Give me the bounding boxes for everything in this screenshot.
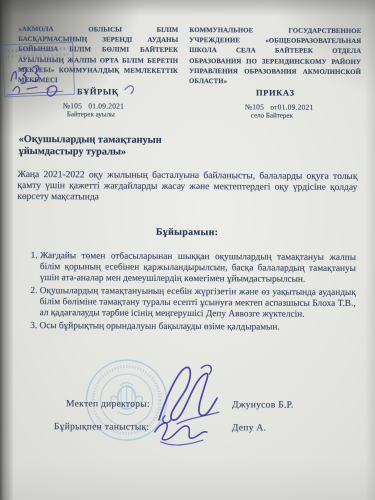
stamp-printed-line <box>7 47 68 52</box>
director-signature-label: Мектеп директоры: <box>66 399 150 410</box>
resolution-item-3: Осы бұйрықтың орындалуын бақылауды өзіме… <box>39 321 355 334</box>
order-date-kk: 01.09.2021 <box>88 101 124 110</box>
order-place-kk: Байтерек ауылы <box>67 110 115 118</box>
resolution-item-2: Оқушылардың тамақтануының есебін жүргізе… <box>40 286 356 321</box>
resolve-heading: Бұйырамын: <box>17 226 357 239</box>
order-title: «Оқушылардың тамақтануын ұйымдастыру тур… <box>19 134 214 158</box>
order-number-date-ru: №105 от01.09.2021 <box>245 102 314 111</box>
handwritten-signatures-icon <box>147 362 238 448</box>
acknowledged-name: Депу А. <box>232 423 266 433</box>
order-date-ru: от01.09.2021 <box>270 103 313 112</box>
resolution-item-1: Жағдайы төмен отбасыларынан шыққан оқушы… <box>40 251 356 286</box>
director-name: Джунусов Б.Р. <box>232 400 294 410</box>
resolution-list: Жағдайы төмен отбасыларынан шыққан оқушы… <box>21 251 356 336</box>
order-heading-ru: ПРИКАЗ <box>256 87 295 97</box>
org-name-russian: КОММУНАЛЬНОЕ ГОСУДАРСТВЕННОЕ УЧРЕЖДЕНИЕ … <box>189 26 361 88</box>
order-intro-paragraph: Жаңа 2021-2022 оқу жылының басталуына ба… <box>17 170 357 205</box>
order-document: «АКМОЛА ОБЛЫСЫ БІЛІМ БАСҚАРМАСЫНЫҢ ЗЕРЕН… <box>0 0 375 500</box>
document-photo: «АКМОЛА ОБЛЫСЫ БІЛІМ БАСҚАРМАСЫНЫҢ ЗЕРЕН… <box>0 0 375 500</box>
order-place-ru: село Байтерек <box>251 111 293 119</box>
order-number-date-kk: №105 01.09.2021 <box>63 101 124 110</box>
handwritten-registration-marks-icon <box>3 57 163 103</box>
acknowledged-signature-label: Бұйрықпен таныстық: <box>54 422 150 433</box>
order-number-kk: №105 <box>63 101 82 110</box>
order-number-ru: №105 <box>245 102 264 111</box>
